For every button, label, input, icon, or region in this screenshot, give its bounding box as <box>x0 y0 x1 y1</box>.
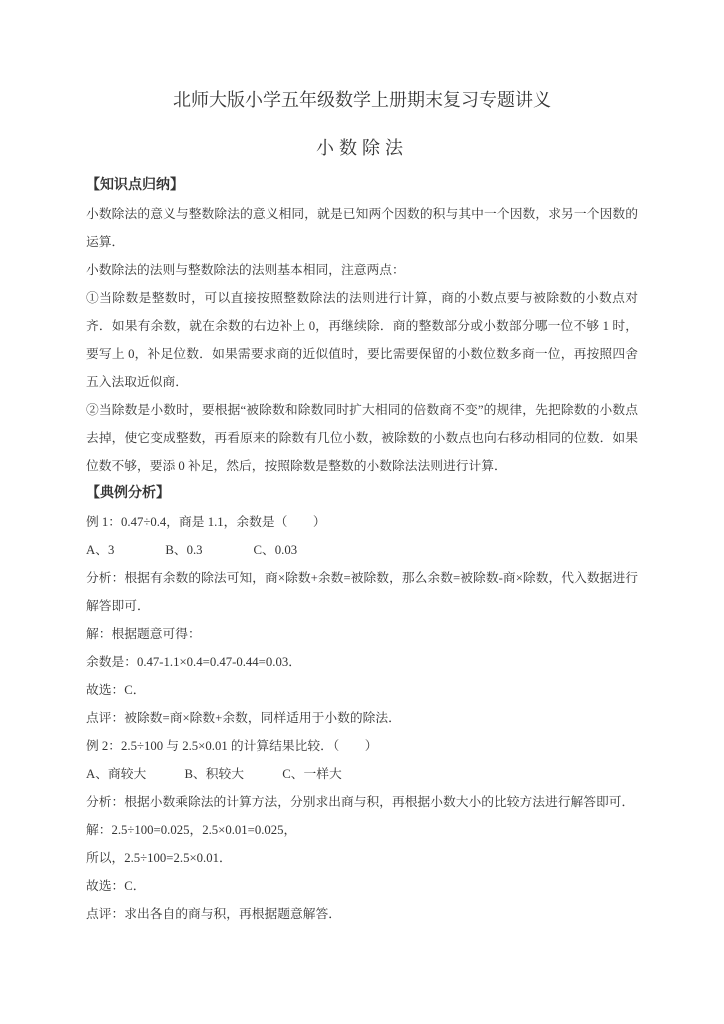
document-body: 【知识点归纳】 小数除法的意义与整数除法的意义相同，就是已知两个因数的积与其中一… <box>86 172 638 928</box>
example-1-options: A、3 B、0.3 C、0.03 <box>86 536 638 564</box>
example-1-solution-step-2: 余数是：0.47-1.1×0.4=0.47-0.44=0.03． <box>86 648 638 676</box>
document-title: 北师大版小学五年级数学上册期末复习专题讲义 <box>86 88 638 112</box>
example-1-solution-step-1: 解：根据题意可得： <box>86 620 638 648</box>
example-2-options: A、商较大 B、积较大 C、一样大 <box>86 760 638 788</box>
knowledge-paragraph-point-1: ①当除数是整数时，可以直接按照整数除法的法则进行计算，商的小数点要与被除数的小数… <box>86 284 638 396</box>
example-2-comment: 点评：求出各自的商与积，再根据题意解答． <box>86 900 638 928</box>
document-subtitle: 小数除法 <box>86 136 638 160</box>
example-1-question: 例 1：0.47÷0.4，商是 1.1，余数是（ ） <box>86 508 638 536</box>
example-2-question: 例 2：2.5÷100 与 2.5×0.01 的计算结果比较．（ ） <box>86 732 638 760</box>
example-2-solution-step-1: 解：2.5÷100=0.025，2.5×0.01=0.025， <box>86 816 638 844</box>
document-page: 北师大版小学五年级数学上册期末复习专题讲义 小数除法 【知识点归纳】 小数除法的… <box>0 0 724 1024</box>
example-2-analysis: 分析：根据小数乘除法的计算方法，分别求出商与积，再根据小数大小的比较方法进行解答… <box>86 788 638 816</box>
knowledge-section-heading: 【知识点归纳】 <box>86 172 638 200</box>
examples-section-heading: 【典例分析】 <box>86 480 638 508</box>
knowledge-paragraph-rule-intro: 小数除法的法则与整数除法的法则基本相同，注意两点： <box>86 256 638 284</box>
example-2-solution-step-2: 所以，2.5÷100=2.5×0.01． <box>86 844 638 872</box>
example-1-answer: 故选：C． <box>86 676 638 704</box>
knowledge-paragraph-meaning: 小数除法的意义与整数除法的意义相同，就是已知两个因数的积与其中一个因数，求另一个… <box>86 200 638 256</box>
example-1-analysis: 分析：根据有余数的除法可知，商×除数+余数=被除数，那么余数=被除数-商×除数，… <box>86 564 638 620</box>
example-1-comment: 点评：被除数=商×除数+余数，同样适用于小数的除法． <box>86 704 638 732</box>
knowledge-paragraph-point-2: ②当除数是小数时，要根据“被除数和除数同时扩大相同的倍数商不变”的规律，先把除数… <box>86 396 638 480</box>
example-2-answer: 故选：C． <box>86 872 638 900</box>
